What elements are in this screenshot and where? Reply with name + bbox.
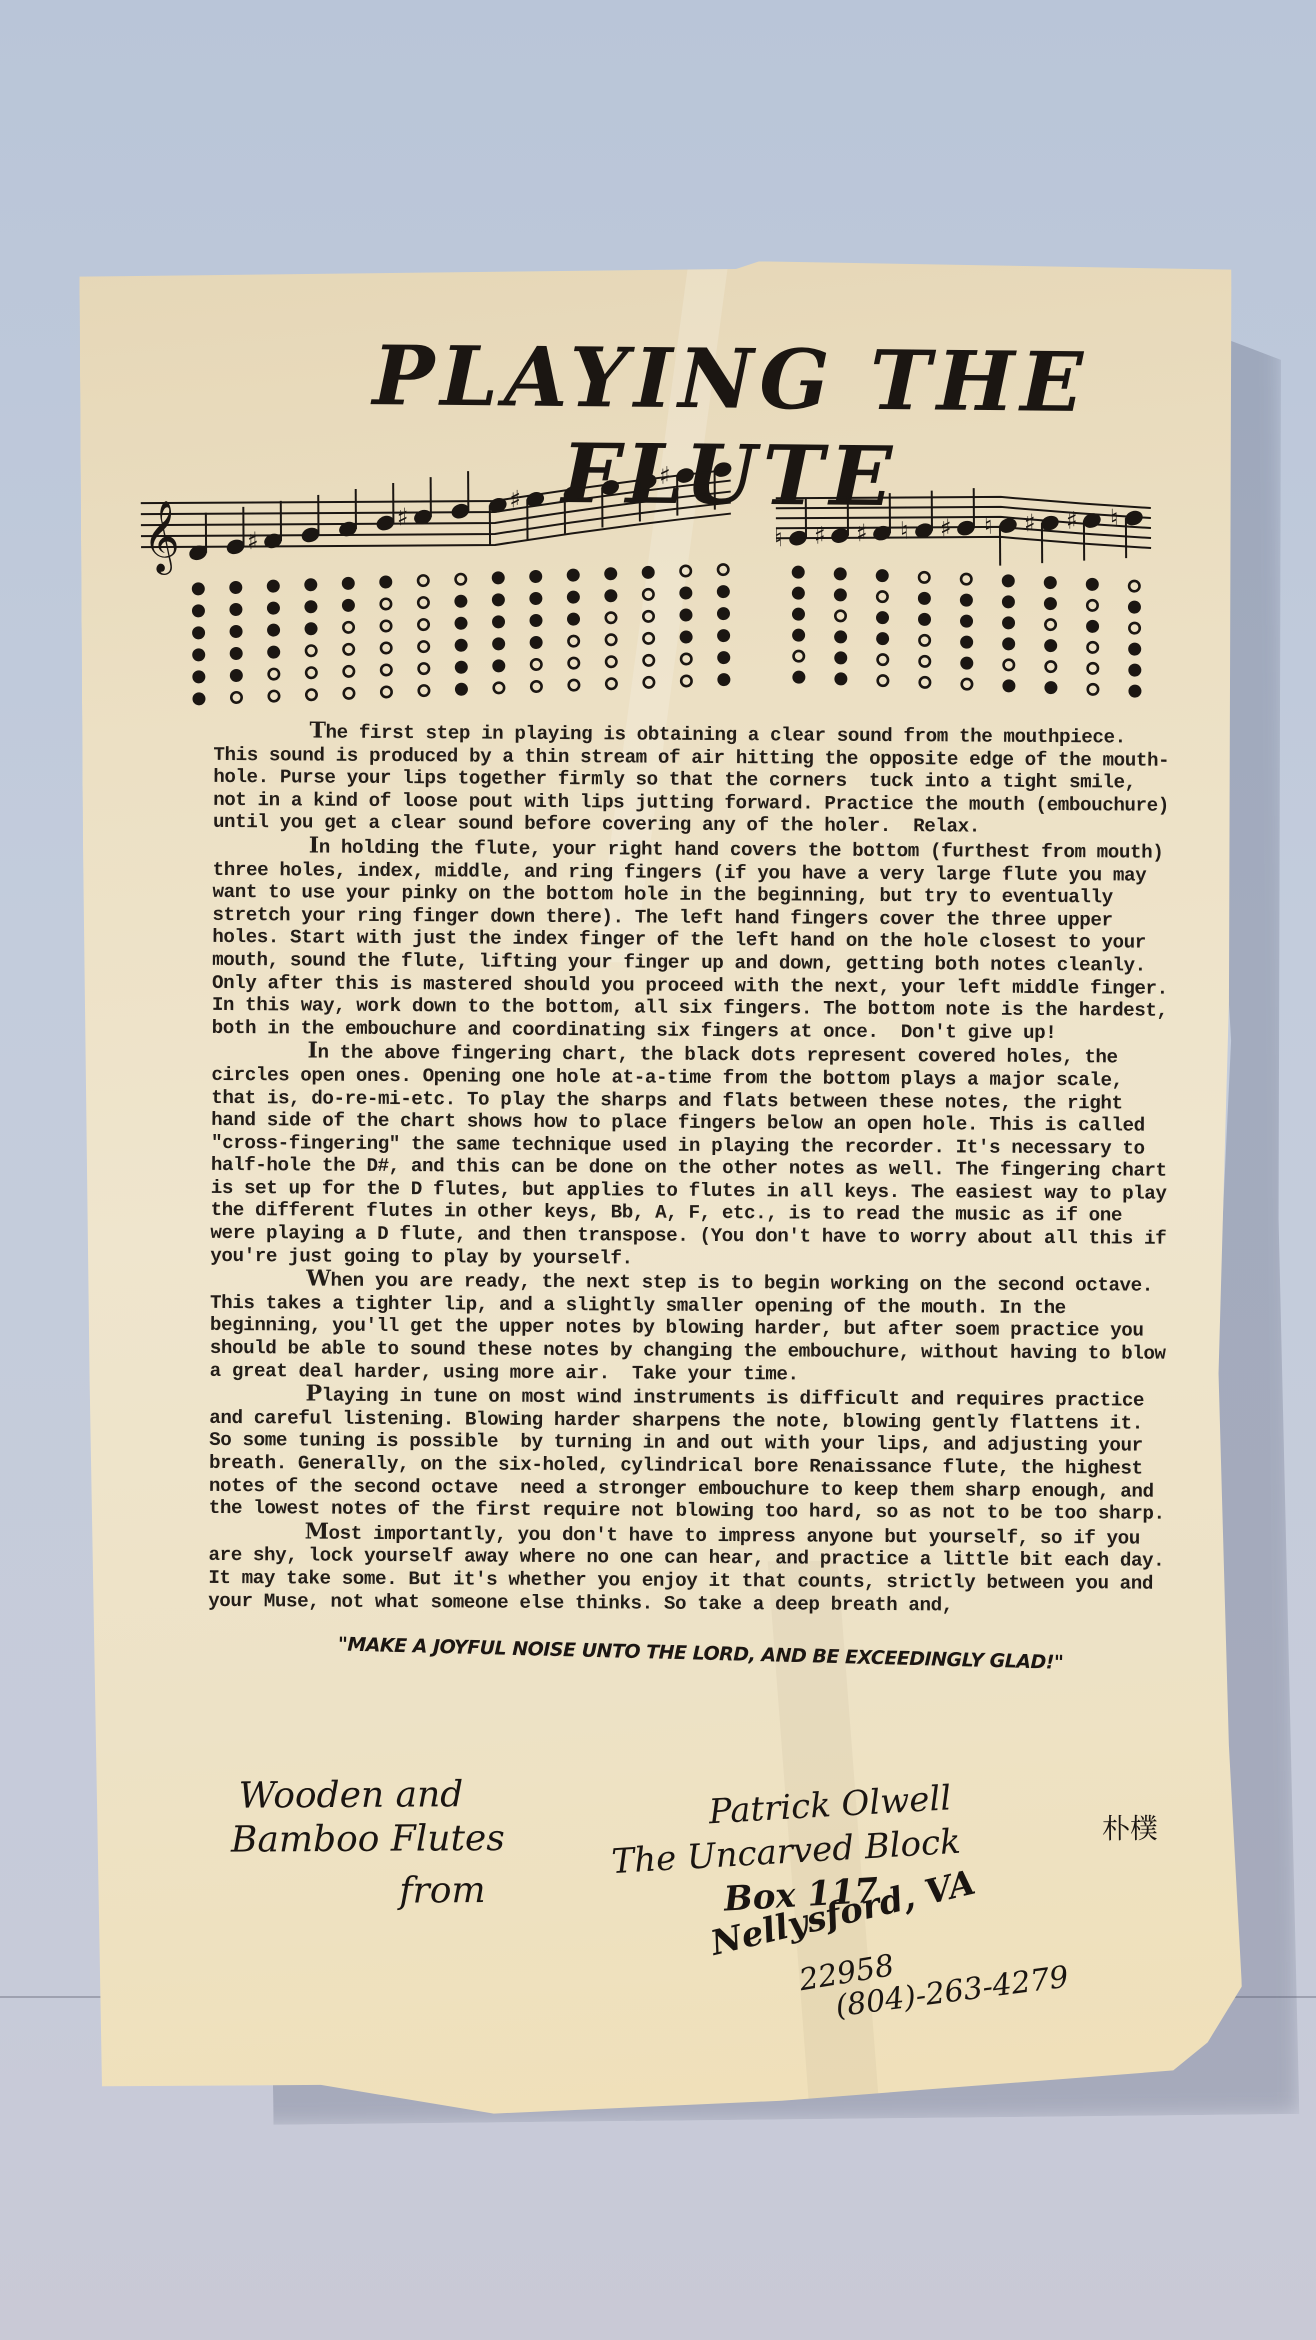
svg-text:♯: ♯ (397, 503, 409, 531)
svg-text:♯: ♯ (814, 522, 826, 550)
paragraph-holding: In holding the flute, your right hand co… (212, 834, 1173, 1045)
cross-fingering-chart: ♮♯♯♮♯♮♯♯♮ (776, 474, 1158, 726)
paragraph-fingering-chart: In the above fingering chart, the black … (210, 1039, 1171, 1273)
svg-text:♯: ♯ (940, 514, 952, 542)
svg-text:♮: ♮ (1110, 504, 1119, 532)
instructions-body: The first step in playing is obtaining a… (208, 719, 1173, 1618)
svg-text:♯: ♯ (856, 519, 868, 547)
tagline-line-3: from (399, 1869, 505, 1914)
maker-address: Patrick Olwell The Uncarved Block Box 11… (608, 1770, 1071, 2034)
main-scale-fingering-chart: 𝄞♯♯♯♯ (136, 462, 738, 726)
paragraph-tuning: Playing in tune on most wind instruments… (209, 1382, 1170, 1525)
main-scale-chart-graphic: 𝄞♯♯♯♯ (136, 462, 738, 726)
paragraph-second-octave: When you are ready, the next step is to … (210, 1267, 1171, 1388)
tagline-line-2: Bamboo Flutes (231, 1817, 505, 1863)
tagline-line-1: Wooden and (239, 1773, 505, 1819)
svg-text:♮: ♮ (900, 517, 909, 545)
svg-text:𝄞: 𝄞 (143, 499, 180, 575)
closing-quote: "MAKE A JOYFUL NOISE UNTO THE LORD, AND … (338, 1633, 1138, 1675)
svg-text:♯: ♯ (1066, 507, 1078, 535)
svg-text:♯: ♯ (659, 462, 671, 490)
seal-characters: 朴樸 (1102, 1807, 1158, 1847)
paragraph-importantly: Most importantly, you don't have to impr… (208, 1520, 1169, 1618)
flute-instruction-sheet: PLAYING THE FLUTE 𝄞♯♯♯♯ ♮♯♯♮♯♮♯♯♮ The fi… (79, 258, 1242, 2123)
svg-text:♮: ♮ (984, 512, 993, 540)
svg-text:♯: ♯ (247, 527, 259, 555)
svg-text:♯: ♯ (1024, 509, 1036, 537)
svg-text:♮: ♮ (774, 524, 783, 552)
cross-fingering-chart-graphic: ♮♯♯♮♯♮♯♯♮ (776, 474, 1158, 726)
paragraph-mouthpiece: The first step in playing is obtaining a… (213, 719, 1174, 840)
svg-text:♯: ♯ (509, 485, 521, 513)
footer-tagline: Wooden and Bamboo Flutes from (239, 1773, 506, 1915)
